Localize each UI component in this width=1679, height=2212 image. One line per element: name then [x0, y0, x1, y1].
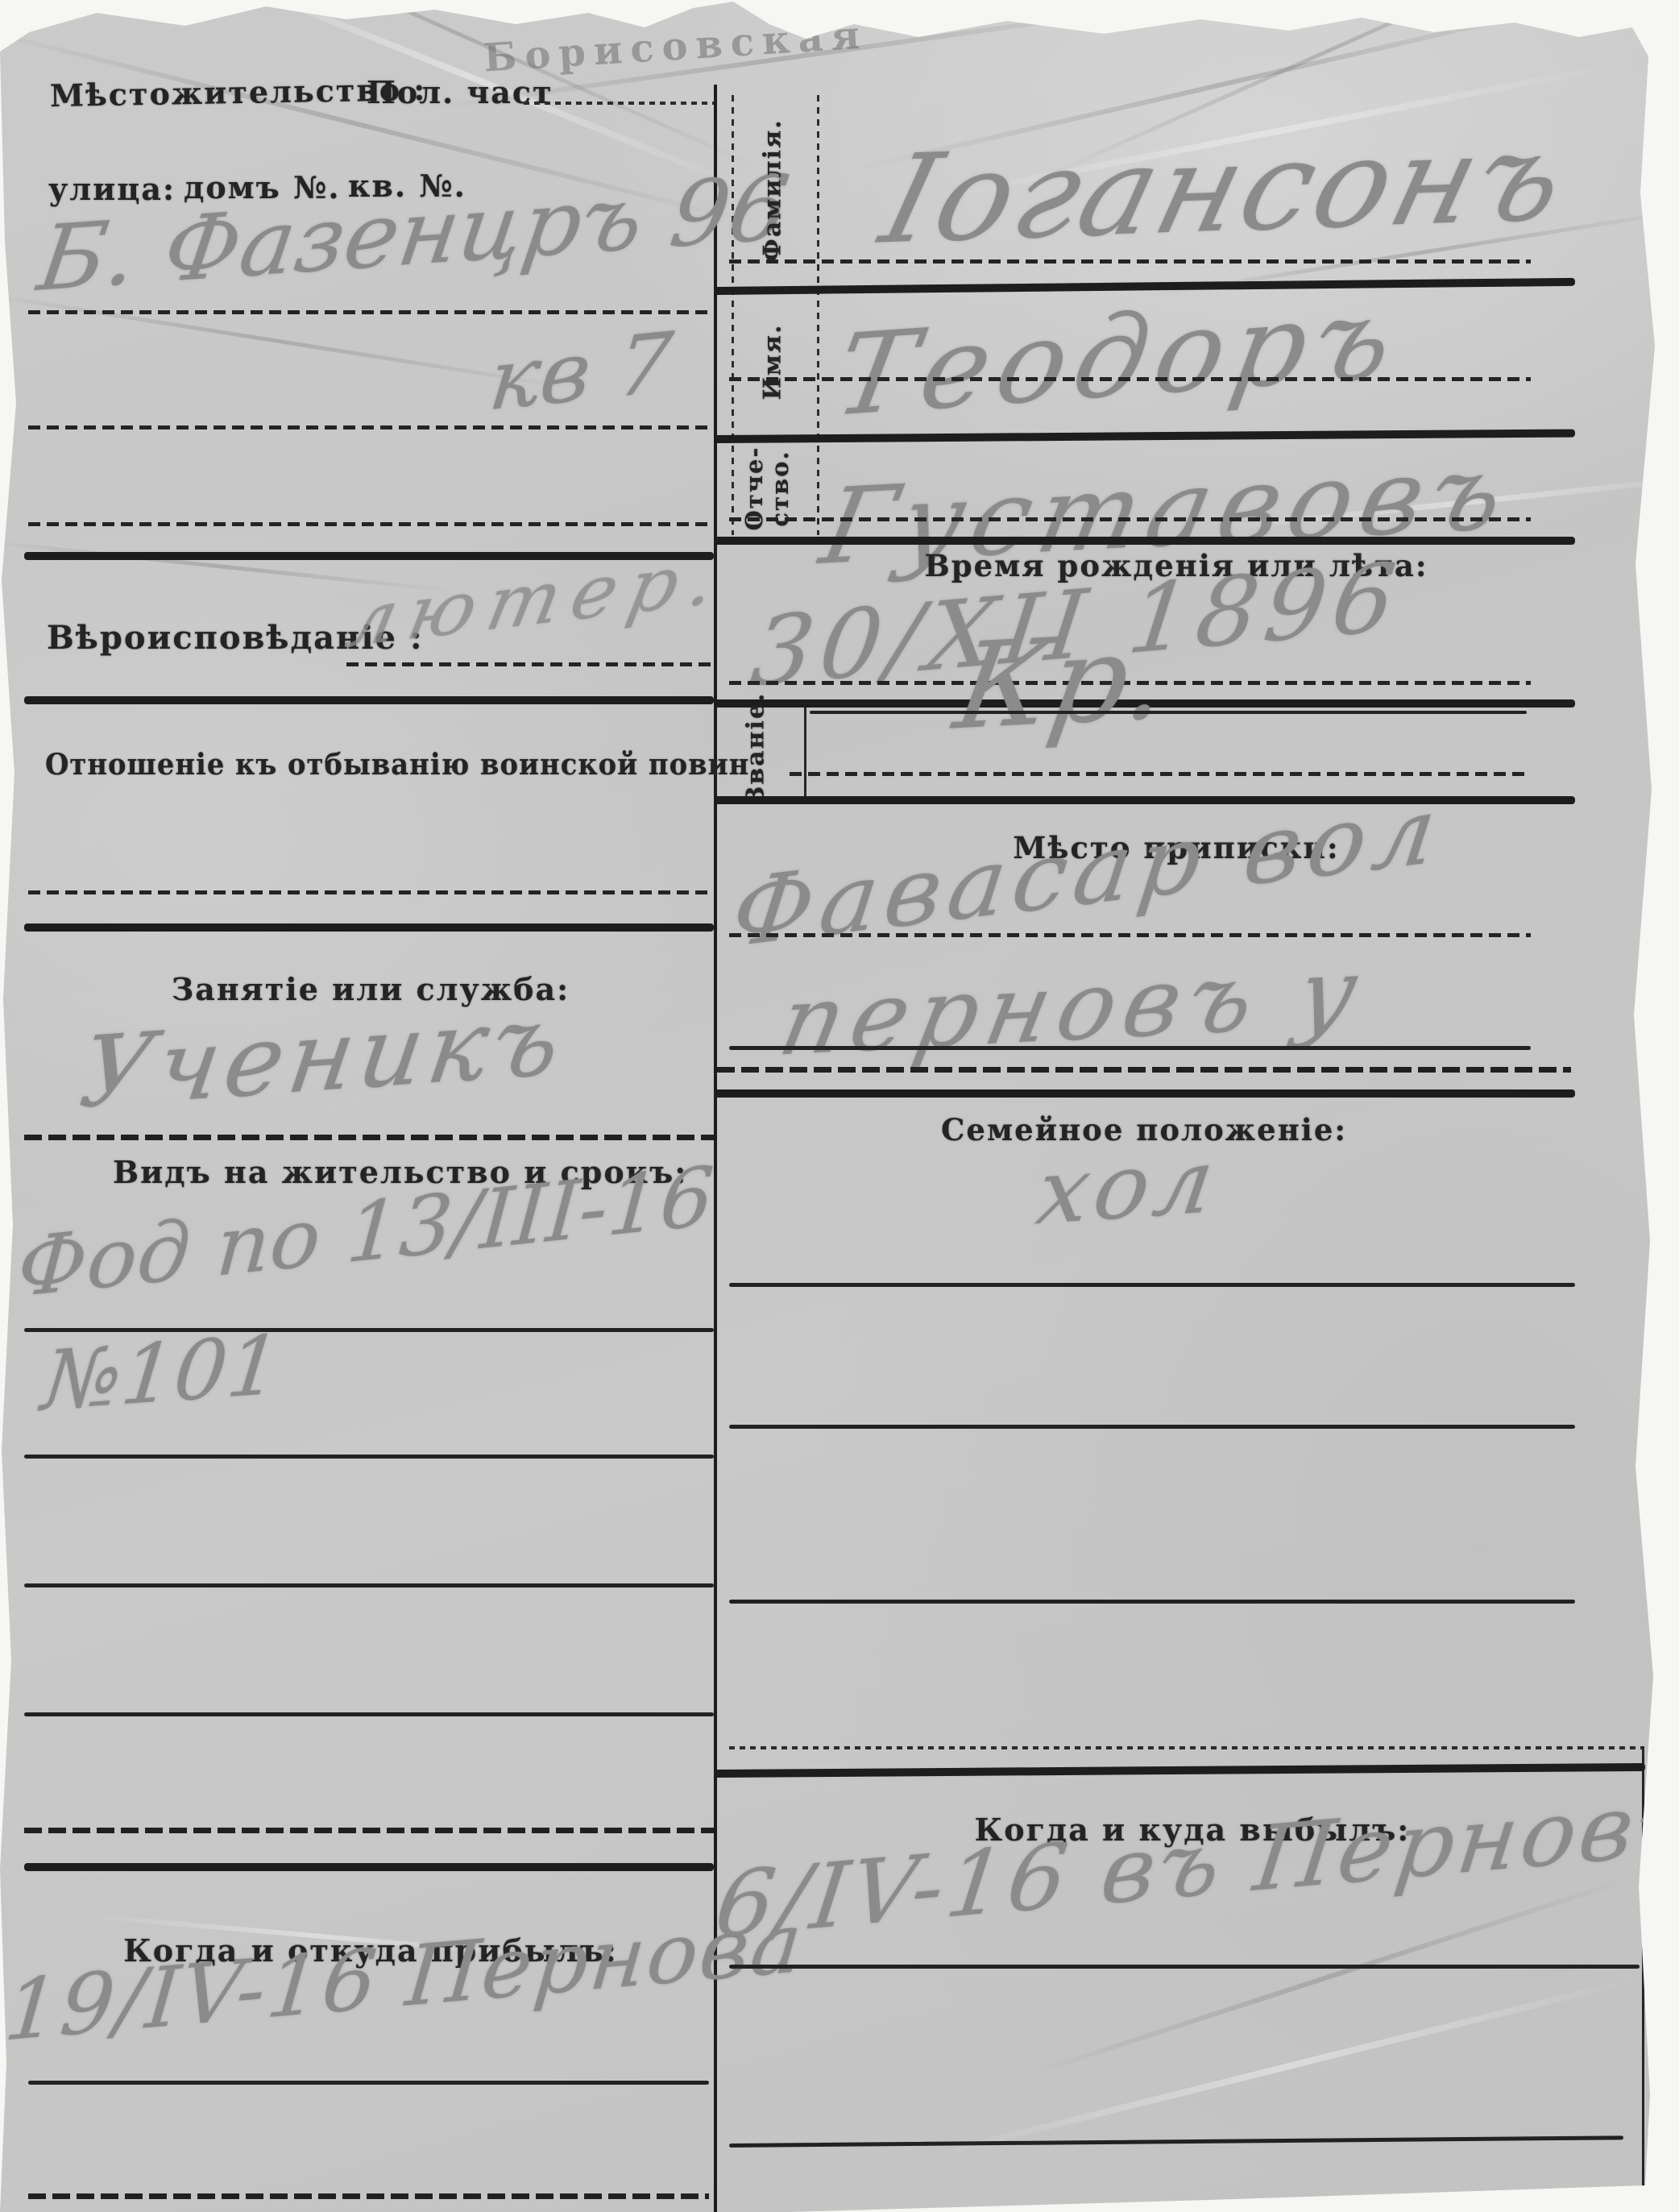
- family-status-handwriting: хол: [1030, 1128, 1225, 1245]
- rule: [729, 1965, 1640, 1969]
- rule: [729, 259, 1531, 264]
- permit-handwriting-line2: №101: [38, 1318, 285, 1430]
- rule: [346, 662, 714, 666]
- registration-handwriting-line2: перновъ у: [771, 936, 1374, 1077]
- rule: [24, 1863, 714, 1871]
- rule: [729, 517, 1531, 521]
- label-cell-border: [817, 95, 819, 535]
- rank-cell-label: Званіе.: [743, 692, 769, 804]
- rule: [717, 1067, 1571, 1073]
- rule: [24, 1583, 714, 1587]
- rule: [28, 425, 714, 430]
- rule: [24, 1135, 714, 1140]
- name-handwriting: Теодоръ: [826, 272, 1411, 442]
- military-duty-label: Отношеніе къ отбыванію воинской повин.: [45, 748, 760, 782]
- rule: [24, 923, 714, 932]
- rule: [790, 772, 1527, 776]
- rule: [24, 1828, 714, 1833]
- departed-handwriting: 6/IV-16 въ Перновъ: [710, 1770, 1679, 1958]
- rule: [729, 377, 1531, 381]
- scanned-registration-card: { "document": { "stamp": "Борисовская", …: [0, 0, 1679, 2212]
- rule: [729, 1746, 1642, 1749]
- rule: [729, 1425, 1575, 1429]
- surname-handwriting: Іогансонъ: [869, 106, 1583, 272]
- rule: [28, 2081, 709, 2085]
- rule: [810, 711, 1527, 714]
- rule: [24, 1455, 714, 1459]
- rule: [729, 1046, 1531, 1050]
- rule: [714, 537, 1575, 545]
- rule: [729, 1283, 1575, 1287]
- surname-cell-label: Фамилія.: [760, 118, 786, 261]
- rule: [729, 1600, 1575, 1604]
- rank-cell-border: [804, 699, 806, 796]
- rule: [28, 310, 714, 314]
- rule: [714, 1089, 1575, 1098]
- paper: Борисовская Мѣстожительство : Пол. част …: [0, 0, 1679, 2212]
- crease-line: [936, 1975, 1641, 2156]
- rule: [24, 696, 714, 704]
- rank-handwriting: Кр.: [947, 607, 1177, 756]
- rule: [729, 2135, 1623, 2148]
- rule: [28, 890, 714, 894]
- police-part-label: Пол. част: [367, 74, 553, 110]
- rule: [729, 933, 1531, 937]
- district-stamp: Борисовская: [483, 12, 869, 81]
- rule: [714, 1763, 1645, 1778]
- name-cell-label: Имя.: [760, 323, 786, 400]
- rule: [24, 1712, 714, 1716]
- rule: [524, 102, 714, 105]
- address-handwriting-line2: кв 7: [485, 313, 678, 430]
- arrived-handwriting: 19/IV-16 Пернова: [1, 1894, 807, 2061]
- rule: [28, 2193, 709, 2199]
- rule: [28, 522, 714, 526]
